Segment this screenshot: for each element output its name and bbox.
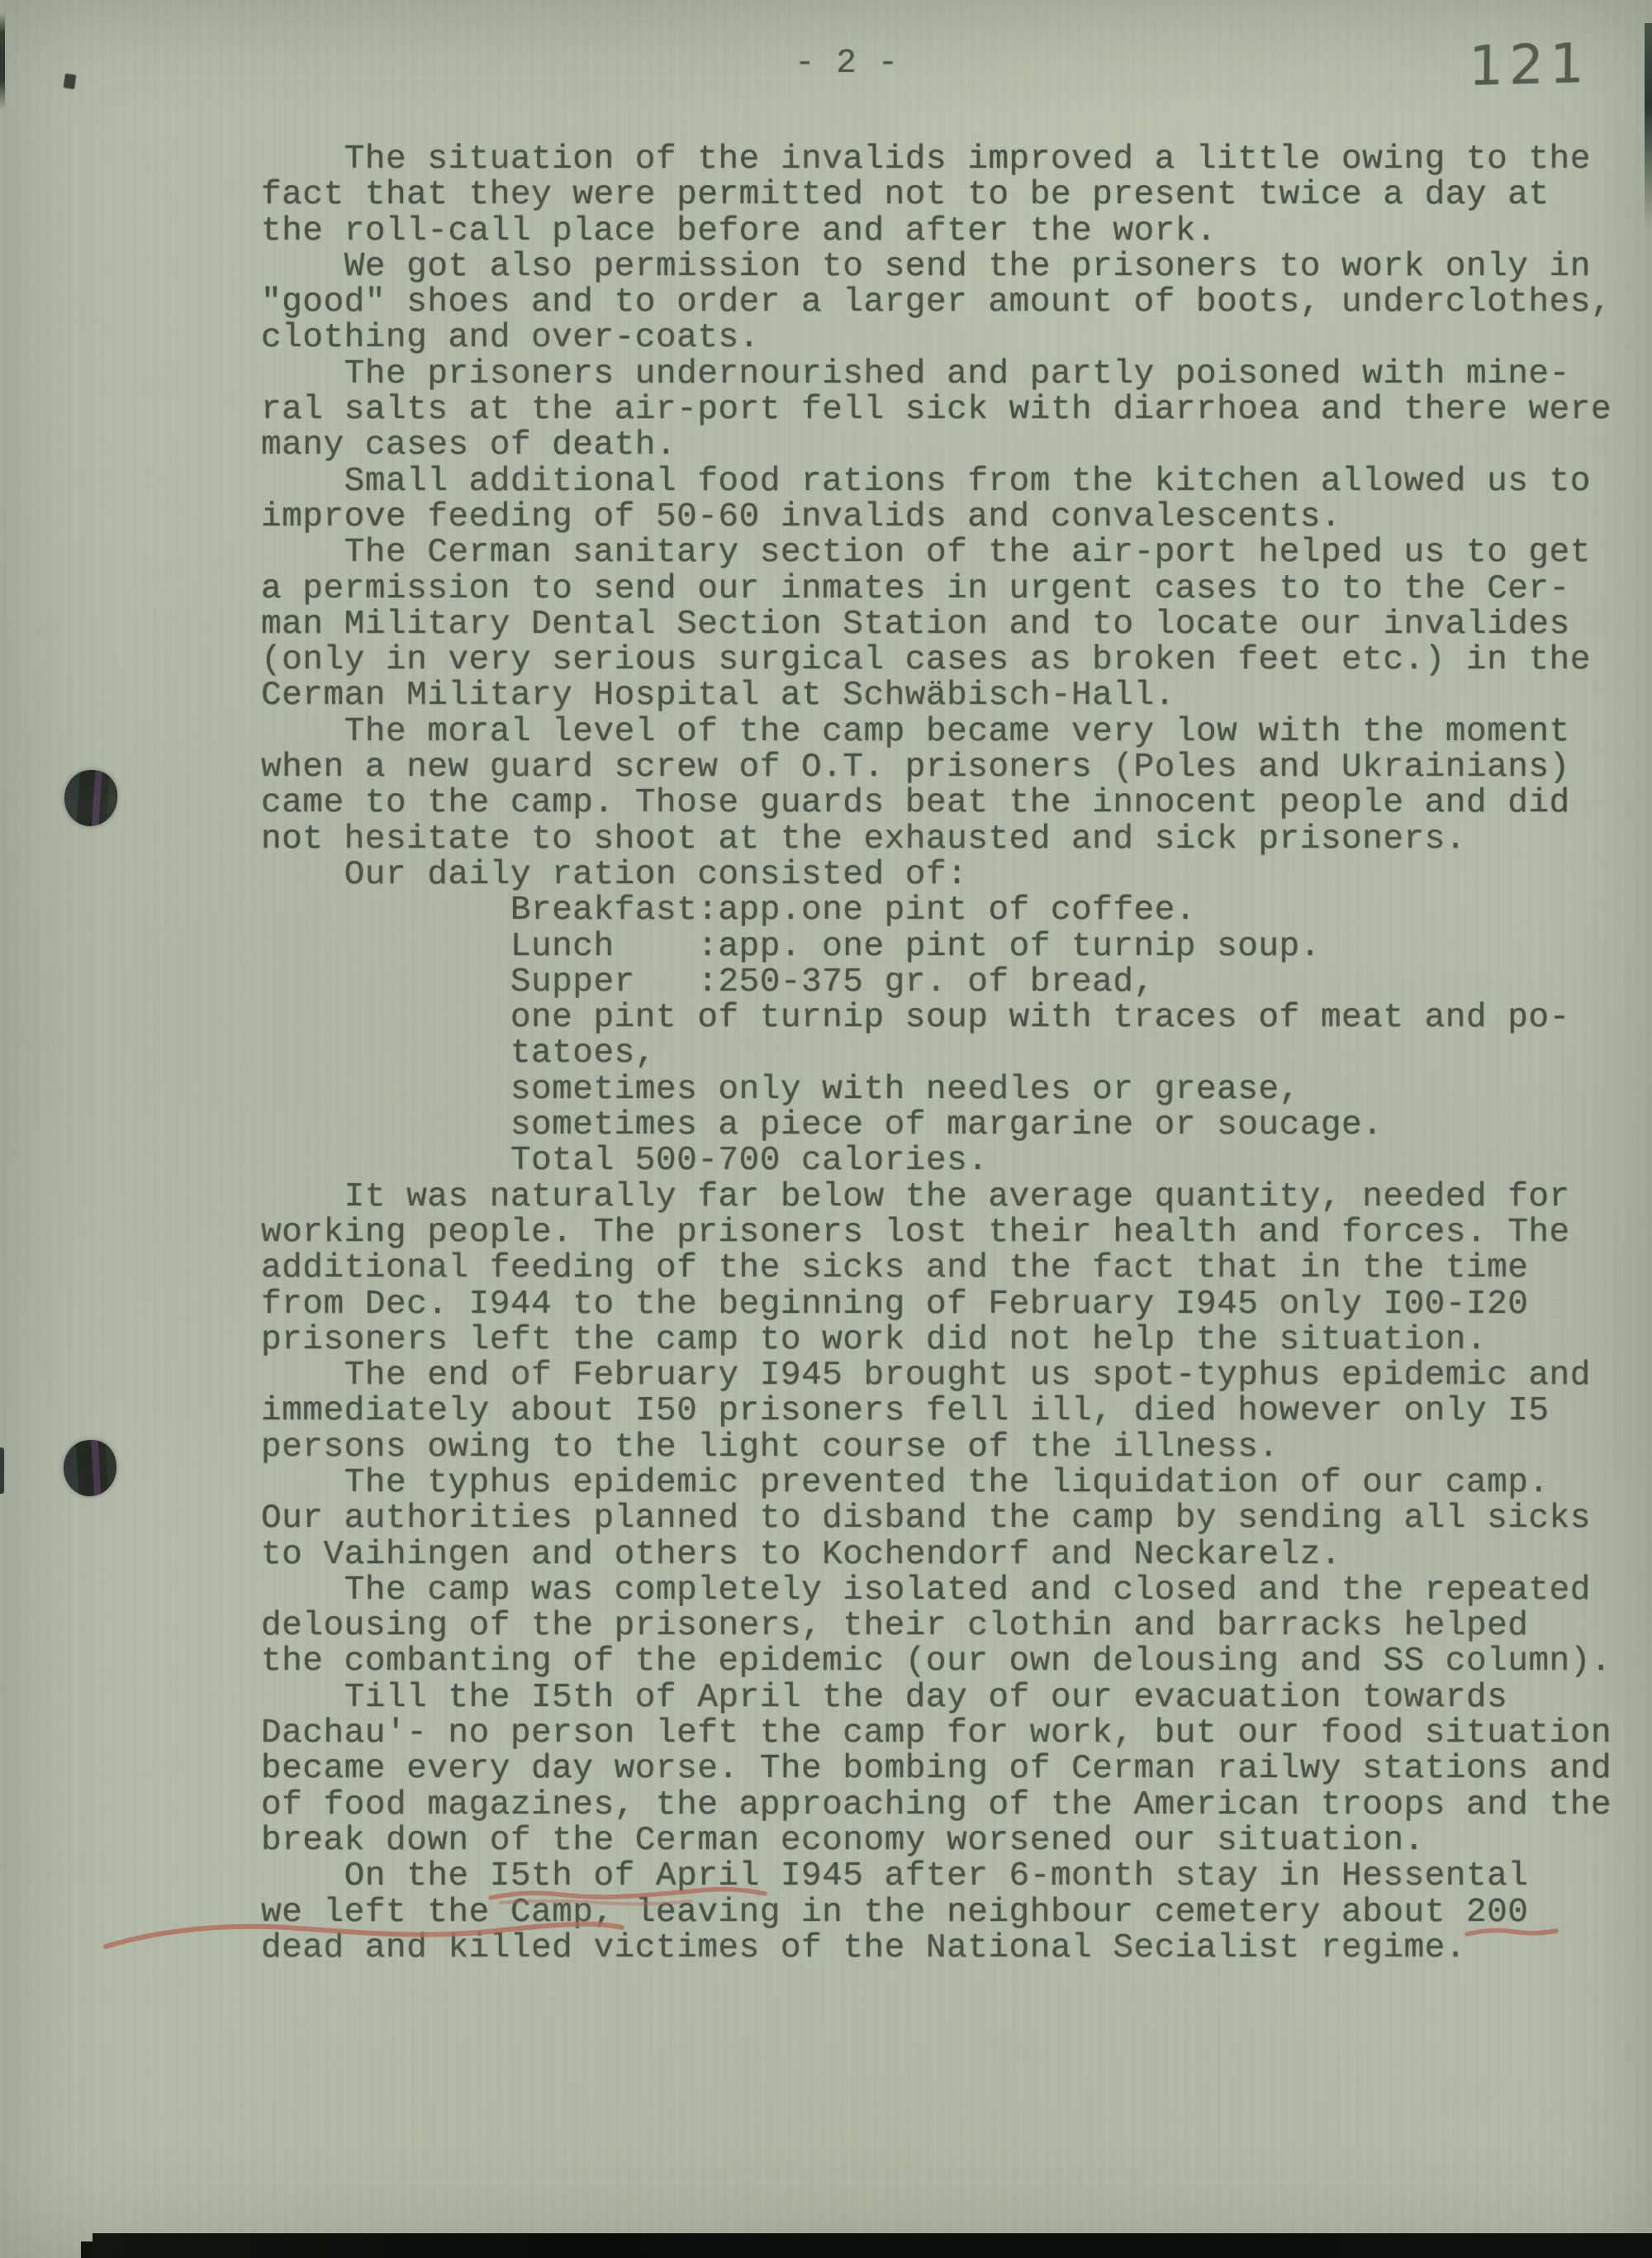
text-line: Supper :250-375 gr. of bread, bbox=[261, 965, 1612, 1001]
text-line: we left the Camp, leaving in the neighbo… bbox=[261, 1895, 1612, 1931]
text-line: (only in very serious surgical cases as … bbox=[261, 643, 1612, 678]
text-line: sometimes only with needles or grease, bbox=[261, 1072, 1612, 1108]
text-line: one pint of turnip soup with traces of m… bbox=[261, 1001, 1612, 1036]
text-line: improve feeding of 50-60 invalids and co… bbox=[261, 500, 1612, 535]
text-line: We got also permission to send the priso… bbox=[261, 250, 1612, 285]
text-line: a permission to send our inmates in urge… bbox=[261, 572, 1612, 607]
text-line: of food magazines, the approaching of th… bbox=[261, 1788, 1612, 1823]
text-line: not hesitate to shoot at the exhausted a… bbox=[261, 822, 1612, 858]
text-line: The Cerman sanitary section of the air-p… bbox=[261, 535, 1612, 571]
text-line: Lunch :app. one pint of turnip soup. bbox=[261, 929, 1612, 965]
text-line: clothing and over-coats. bbox=[261, 321, 1612, 356]
text-line: break down of the Cerman economy worsene… bbox=[261, 1823, 1612, 1859]
text-line: many cases of death. bbox=[261, 428, 1612, 463]
scan-edge-artifact bbox=[0, 13, 5, 109]
text-line: It was naturally far below the average q… bbox=[261, 1180, 1612, 1215]
text-line: to Vaihingen and others to Kochendorf an… bbox=[261, 1538, 1612, 1573]
typed-page-number: - 2 - bbox=[795, 45, 899, 83]
text-line: ral salts at the air-port fell sick with… bbox=[261, 392, 1612, 428]
text-line: persons owing to the light course of the… bbox=[261, 1430, 1612, 1466]
text-line: Dachau'- no person left the camp for wor… bbox=[261, 1716, 1612, 1752]
text-line: Total 500-700 calories. bbox=[261, 1143, 1612, 1179]
text-line: dead and killed victimes of the National… bbox=[261, 1931, 1612, 1966]
text-line: immediately about I50 prisoners fell ill… bbox=[261, 1394, 1612, 1429]
text-line: Our daily ration consisted of: bbox=[261, 858, 1612, 893]
text-line: Cerman Military Hospital at Schwäbisch-H… bbox=[261, 678, 1612, 714]
text-line: Till the I5th of April the day of our ev… bbox=[261, 1680, 1612, 1716]
hole-punch bbox=[62, 1438, 117, 1497]
text-line: the roll-call place before and after the… bbox=[261, 214, 1612, 250]
text-line: man Military Dental Section Station and … bbox=[261, 607, 1612, 643]
text-line: The camp was completely isolated and clo… bbox=[261, 1573, 1612, 1609]
text-line: prisoners left the camp to work did not … bbox=[261, 1323, 1612, 1358]
text-line: the combanting of the epidemic (our own … bbox=[261, 1644, 1612, 1680]
text-line: "good" shoes and to order a larger amoun… bbox=[261, 285, 1612, 321]
text-line: tatoes, bbox=[261, 1036, 1612, 1072]
hole-punch bbox=[63, 768, 120, 828]
scan-edge-artifact bbox=[1645, 23, 1652, 230]
text-line: delousing of the prisoners, their clothi… bbox=[261, 1609, 1612, 1644]
text-line: The end of February I945 brought us spot… bbox=[261, 1358, 1612, 1394]
text-line: came to the camp. Those guards beat the … bbox=[261, 786, 1612, 821]
typewritten-text: The situation of the invalids improved a… bbox=[261, 142, 1612, 1966]
handwritten-page-number: 121 bbox=[1469, 31, 1591, 98]
scan-edge-artifact bbox=[0, 1447, 4, 1494]
text-line: Our authorities planned to disband the c… bbox=[261, 1501, 1612, 1537]
text-line: The situation of the invalids improved a… bbox=[261, 142, 1612, 178]
text-line: Small additional food rations from the k… bbox=[261, 464, 1612, 500]
text-line: The typhus epidemic prevented the liquid… bbox=[261, 1466, 1612, 1501]
text-line: The prisoners undernourished and partly … bbox=[261, 357, 1612, 392]
text-line: from Dec. I944 to the beginning of Febru… bbox=[261, 1287, 1612, 1323]
text-line: when a new guard screw of O.T. prisoners… bbox=[261, 750, 1612, 786]
text-line: Breakfast:app.one pint of coffee. bbox=[261, 893, 1612, 929]
text-line: fact that they were permitted not to be … bbox=[261, 178, 1612, 213]
text-line: On the I5th of April I945 after 6-month … bbox=[261, 1859, 1612, 1894]
text-line: The moral level of the camp became very … bbox=[261, 715, 1612, 750]
text-line: sometimes a piece of margarine or soucag… bbox=[261, 1108, 1612, 1143]
ink-mark bbox=[64, 74, 76, 89]
scan-bottom-band bbox=[93, 2233, 1652, 2258]
text-line: working people. The prisoners lost their… bbox=[261, 1215, 1612, 1251]
scanned-document-page: - 2 - 121 The situation of the invalids … bbox=[0, 0, 1652, 2258]
text-line: additional feeding of the sicks and the … bbox=[261, 1251, 1612, 1286]
text-line: became every day worse. The bombing of C… bbox=[261, 1752, 1612, 1787]
